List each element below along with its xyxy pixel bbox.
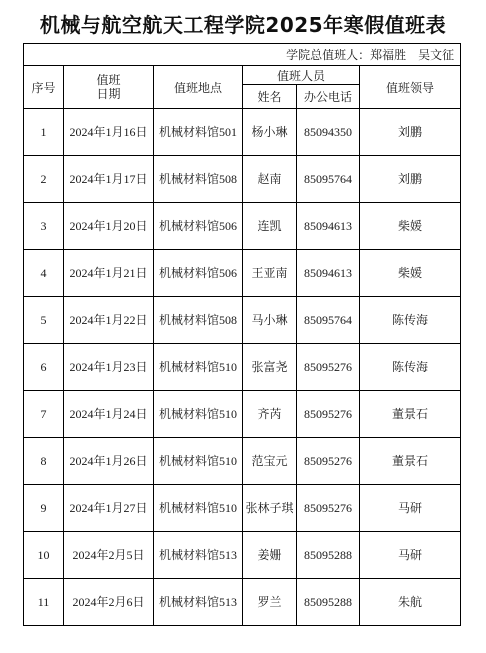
table-row: 7 2024年1月24日 机械材料馆510 齐芮 85095276 董景石 — [24, 391, 461, 438]
location-cell: 机械材料馆506 — [154, 250, 243, 297]
seq-cell: 10 — [24, 532, 64, 579]
leader-cell: 朱航 — [360, 579, 461, 626]
date-cell: 2024年1月23日 — [64, 344, 154, 391]
date-cell: 2024年1月27日 — [64, 485, 154, 532]
table-row: 4 2024年1月21日 机械材料馆506 王亚南 85094613 柴媛 — [24, 250, 461, 297]
phone-cell: 85095764 — [297, 297, 360, 344]
location-cell: 机械材料馆513 — [154, 579, 243, 626]
table-row: 5 2024年1月22日 机械材料馆508 马小琳 85095764 陈传海 — [24, 297, 461, 344]
leader-cell: 柴媛 — [360, 250, 461, 297]
leader-cell: 陈传海 — [360, 297, 461, 344]
location-cell: 机械材料馆501 — [154, 109, 243, 156]
name-cell: 范宝元 — [243, 438, 297, 485]
table-row: 6 2024年1月23日 机械材料馆510 张富尧 85095276 陈传海 — [24, 344, 461, 391]
duty-roster-table: 学院总值班人：郑福胜 吴文征 序号 值班 日期 值班地点 值班人员 值班领导 姓… — [23, 43, 461, 626]
name-cell: 齐芮 — [243, 391, 297, 438]
phone-cell: 85094613 — [297, 250, 360, 297]
location-cell: 机械材料馆510 — [154, 438, 243, 485]
header-name: 姓名 — [243, 85, 297, 109]
table-row: 3 2024年1月20日 机械材料馆506 连凯 85094613 柴媛 — [24, 203, 461, 250]
phone-cell: 85095276 — [297, 391, 360, 438]
phone-cell: 85095764 — [297, 156, 360, 203]
name-cell: 马小琳 — [243, 297, 297, 344]
date-cell: 2024年1月24日 — [64, 391, 154, 438]
leader-cell: 马研 — [360, 485, 461, 532]
location-cell: 机械材料馆510 — [154, 344, 243, 391]
seq-cell: 7 — [24, 391, 64, 438]
name-cell: 连凯 — [243, 203, 297, 250]
phone-cell: 85095288 — [297, 579, 360, 626]
phone-cell: 85095276 — [297, 485, 360, 532]
name-cell: 姜姗 — [243, 532, 297, 579]
phone-cell: 85094350 — [297, 109, 360, 156]
leader-cell: 刘鹏 — [360, 109, 461, 156]
header-date: 值班 日期 — [64, 66, 154, 109]
header-personnel: 值班人员 — [243, 66, 360, 85]
table-row: 11 2024年2月6日 机械材料馆513 罗兰 85095288 朱航 — [24, 579, 461, 626]
date-cell: 2024年1月21日 — [64, 250, 154, 297]
name-cell: 杨小琳 — [243, 109, 297, 156]
seq-cell: 5 — [24, 297, 64, 344]
location-cell: 机械材料馆506 — [154, 203, 243, 250]
leader-cell: 柴媛 — [360, 203, 461, 250]
date-cell: 2024年1月16日 — [64, 109, 154, 156]
phone-cell: 85094613 — [297, 203, 360, 250]
date-cell: 2024年1月26日 — [64, 438, 154, 485]
location-cell: 机械材料馆508 — [154, 297, 243, 344]
seq-cell: 6 — [24, 344, 64, 391]
header-row-top: 序号 值班 日期 值班地点 值班人员 值班领导 — [24, 66, 461, 85]
leader-cell: 陈传海 — [360, 344, 461, 391]
seq-cell: 4 — [24, 250, 64, 297]
phone-cell: 85095276 — [297, 438, 360, 485]
leader-cell: 马研 — [360, 532, 461, 579]
name-cell: 赵南 — [243, 156, 297, 203]
header-seq: 序号 — [24, 66, 64, 109]
date-cell: 2024年1月17日 — [64, 156, 154, 203]
phone-cell: 85095288 — [297, 532, 360, 579]
supervisor-row: 学院总值班人：郑福胜 吴文征 — [24, 44, 461, 66]
header-phone: 办公电话 — [297, 85, 360, 109]
phone-cell: 85095276 — [297, 344, 360, 391]
header-leader: 值班领导 — [360, 66, 461, 109]
table-row: 2 2024年1月17日 机械材料馆508 赵南 85095764 刘鹏 — [24, 156, 461, 203]
seq-cell: 9 — [24, 485, 64, 532]
seq-cell: 3 — [24, 203, 64, 250]
location-cell: 机械材料馆510 — [154, 391, 243, 438]
date-cell: 2024年1月20日 — [64, 203, 154, 250]
leader-cell: 董景石 — [360, 438, 461, 485]
supervisor-line: 学院总值班人：郑福胜 吴文征 — [24, 44, 461, 66]
leader-cell: 刘鹏 — [360, 156, 461, 203]
table-row: 8 2024年1月26日 机械材料馆510 范宝元 85095276 董景石 — [24, 438, 461, 485]
seq-cell: 1 — [24, 109, 64, 156]
location-cell: 机械材料馆508 — [154, 156, 243, 203]
location-cell: 机械材料馆513 — [154, 532, 243, 579]
date-cell: 2024年1月22日 — [64, 297, 154, 344]
date-cell: 2024年2月5日 — [64, 532, 154, 579]
location-cell: 机械材料馆510 — [154, 485, 243, 532]
leader-cell: 董景石 — [360, 391, 461, 438]
table-row: 10 2024年2月5日 机械材料馆513 姜姗 85095288 马研 — [24, 532, 461, 579]
document-page: 机械与航空航天工程学院2025年寒假值班表 学院总值班人：郑福胜 吴文征 序号 … — [0, 0, 486, 653]
name-cell: 王亚南 — [243, 250, 297, 297]
page-title: 机械与航空航天工程学院2025年寒假值班表 — [0, 0, 486, 38]
name-cell: 罗兰 — [243, 579, 297, 626]
date-cell: 2024年2月6日 — [64, 579, 154, 626]
name-cell: 张林子琪 — [243, 485, 297, 532]
table-row: 9 2024年1月27日 机械材料馆510 张林子琪 85095276 马研 — [24, 485, 461, 532]
table-row: 1 2024年1月16日 机械材料馆501 杨小琳 85094350 刘鹏 — [24, 109, 461, 156]
seq-cell: 8 — [24, 438, 64, 485]
header-location: 值班地点 — [154, 66, 243, 109]
seq-cell: 11 — [24, 579, 64, 626]
seq-cell: 2 — [24, 156, 64, 203]
name-cell: 张富尧 — [243, 344, 297, 391]
